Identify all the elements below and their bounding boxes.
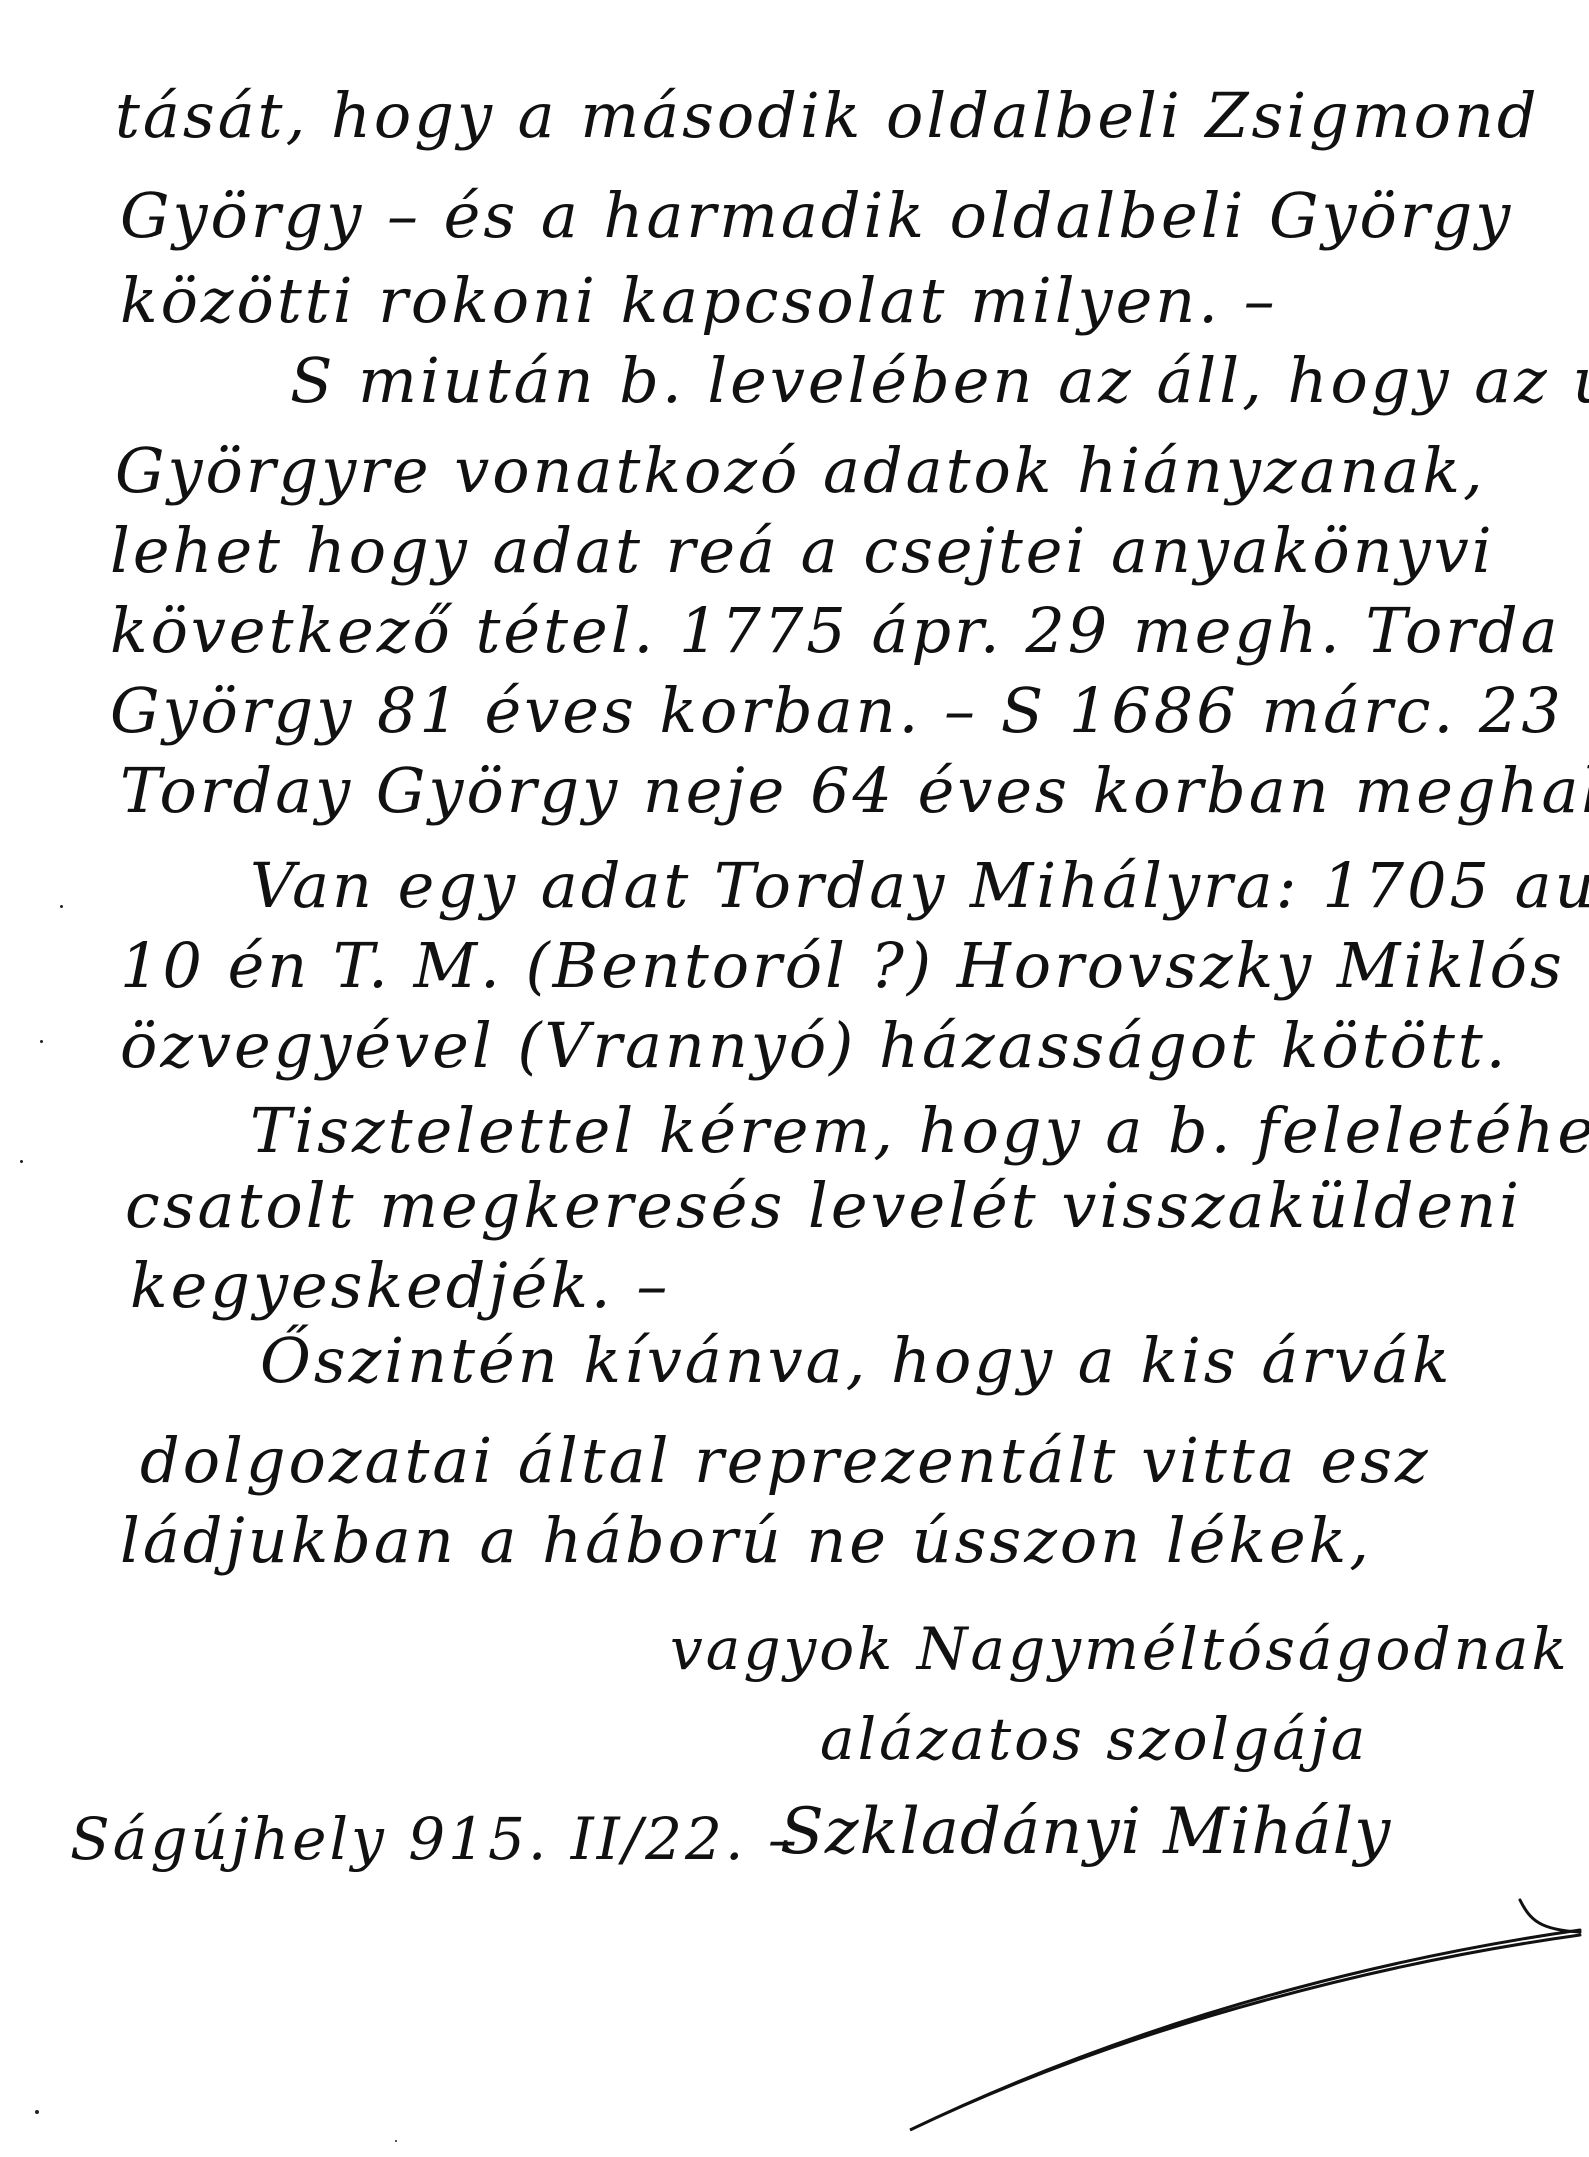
letter-line-5: Györgyre vonatkozó adatok hiányzanak, bbox=[115, 440, 1486, 502]
letter-line-11: 10 én T. M. (Bentoról ?) Horovszky Mikló… bbox=[120, 935, 1565, 997]
letter-line-18: ládjukban a háború ne ússzon lékek, bbox=[120, 1510, 1372, 1572]
letter-line-10: Van egy adat Torday Mihályra: 1705 aug bbox=[250, 855, 1589, 917]
letter-page: tását, hogy a második oldalbeli Zsigmond… bbox=[0, 0, 1589, 2157]
closing-line-1: vagyok Nagyméltóságodnak bbox=[670, 1620, 1570, 1678]
ink-speck bbox=[60, 905, 63, 908]
letter-line-17: dolgozatai által reprezentált vitta esz bbox=[140, 1430, 1431, 1492]
signature: Szkladányi Mihály bbox=[780, 1800, 1391, 1864]
letter-line-1: tását, hogy a második oldalbeli Zsigmond bbox=[115, 85, 1540, 147]
letter-line-6: lehet hogy adat reá a csejtei anyakönyvi bbox=[110, 520, 1495, 582]
letter-line-4: S miután b. levelében az áll, hogy az ut… bbox=[290, 350, 1589, 412]
letter-line-15: kegyeskedjék. – bbox=[130, 1255, 670, 1317]
ink-speck bbox=[395, 2140, 397, 2142]
ink-speck bbox=[40, 1040, 43, 1043]
letter-line-14: csatolt megkeresés levelét visszaküldeni bbox=[125, 1175, 1522, 1237]
signature-flourish bbox=[880, 1880, 1589, 2140]
letter-line-16: Őszintén kívánva, hogy a kis árvák bbox=[260, 1330, 1452, 1392]
letter-line-12: özvegyével (Vrannyó) házasságot kötött. bbox=[120, 1015, 1508, 1077]
letter-line-2: György – és a harmadik oldalbeli György bbox=[120, 185, 1513, 247]
letter-line-13: Tisztelettel kérem, hogy a b. feleletéhe… bbox=[250, 1100, 1589, 1162]
letter-line-7: következő tétel. 1775 ápr. 29 megh. Tord… bbox=[110, 600, 1561, 662]
letter-line-3: közötti rokoni kapcsolat milyen. – bbox=[120, 270, 1278, 332]
ink-speck bbox=[35, 2110, 39, 2114]
closing-line-2: alázatos szolgája bbox=[820, 1710, 1368, 1768]
letter-line-8: György 81 éves korban. – S 1686 márc. 23… bbox=[110, 680, 1589, 742]
letter-line-9: Torday György neje 64 éves korban meghal… bbox=[120, 760, 1589, 822]
dateline: Ságújhely 915. II/22. – bbox=[70, 1810, 800, 1868]
ink-speck bbox=[20, 1160, 23, 1163]
